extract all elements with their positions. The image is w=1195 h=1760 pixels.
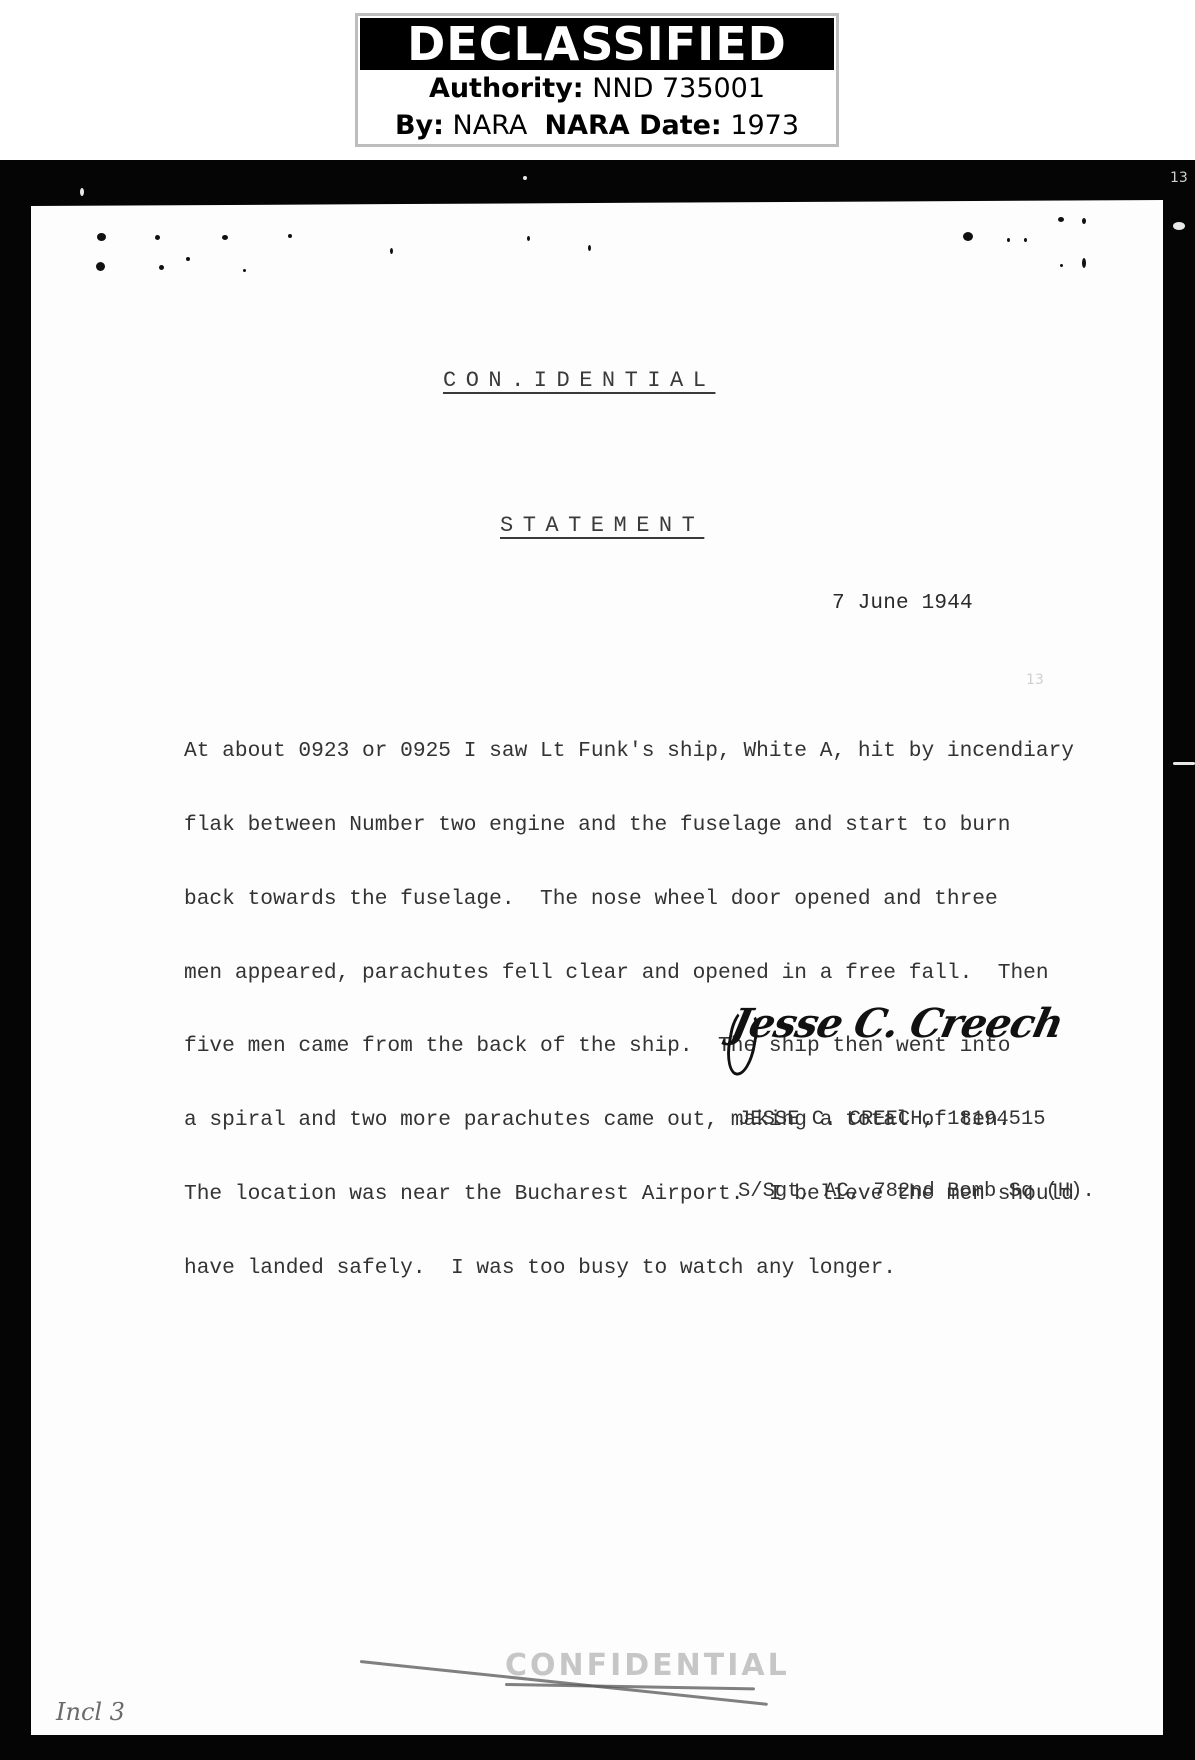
signer-name: JESSE C. CREECH, 18194515 bbox=[738, 1108, 1095, 1132]
body-line: flak between Number two engine and the f… bbox=[184, 813, 1014, 838]
document-date: 7 June 1944 bbox=[832, 592, 973, 615]
document-title: STATEMENT bbox=[500, 513, 704, 538]
handwritten-signature: Jesse C. Creech bbox=[727, 1000, 1067, 1047]
margin-mark-faint: 13 bbox=[1026, 672, 1044, 688]
authority-value: NND 735001 bbox=[592, 73, 765, 104]
stamp-by-line: By: NARA NARA Date: 1973 bbox=[358, 107, 836, 144]
body-line: men appeared, parachutes fell clear and … bbox=[184, 961, 1014, 986]
nara-date-value: 1973 bbox=[730, 110, 799, 141]
body-line: have landed safely. I was too busy to wa… bbox=[184, 1256, 1014, 1281]
nara-date-label: NARA Date: bbox=[545, 110, 722, 141]
classification-header: CON.IDENTIAL bbox=[443, 368, 715, 393]
inclosure-note: Incl 3 bbox=[56, 1698, 125, 1726]
declassified-stamp: DECLASSIFIED Authority: NND 735001 By: N… bbox=[355, 13, 839, 147]
authority-label: Authority: bbox=[429, 73, 584, 104]
footer-classification-stamp: CONFIDENTIAL bbox=[505, 1648, 790, 1683]
by-value: NARA bbox=[453, 110, 528, 141]
stamp-authority-line: Authority: NND 735001 bbox=[358, 70, 836, 107]
body-line: At about 0923 or 0925 I saw Lt Funk's sh… bbox=[184, 739, 1014, 764]
signer-rank: S/Sgt, AC, 782nd Bomb Sq (H). bbox=[738, 1180, 1095, 1204]
by-label: By: bbox=[395, 110, 444, 141]
body-line: back towards the fuselage. The nose whee… bbox=[184, 887, 1014, 912]
stamp-title: DECLASSIFIED bbox=[360, 18, 834, 70]
margin-mark: 13 bbox=[1170, 170, 1188, 186]
signature-block: JESSE C. CREECH, 18194515 S/Sgt, AC, 782… bbox=[738, 1060, 1095, 1228]
